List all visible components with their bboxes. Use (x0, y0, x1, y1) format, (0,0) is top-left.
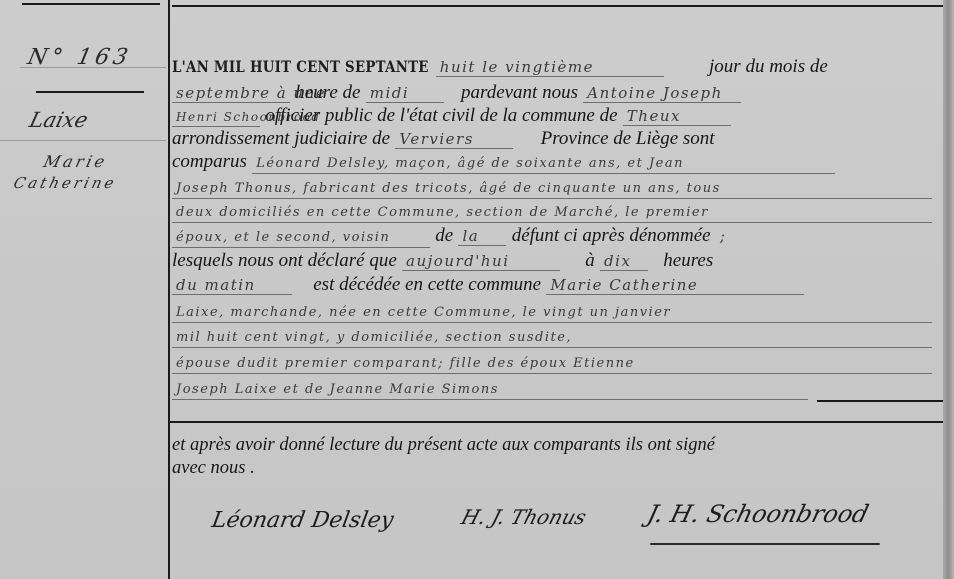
top-rule-margin (22, 3, 160, 5)
hand-declarant-2: Joseph Thonus, fabricant des tricots, âg… (172, 180, 932, 199)
hand-semicolon: ; (716, 227, 731, 245)
printed-day-of-month: jour du mois de (709, 56, 828, 77)
hand-commune: Theux (623, 107, 731, 126)
text-line-2: Henri Schoonbrood officier public de l'é… (172, 106, 731, 127)
hand-morning: du matin (172, 276, 292, 295)
hand-month-hour: septembre à une (172, 84, 290, 103)
text-line-4: comparus Léonard Delsley, maçon, âgé de … (172, 152, 835, 174)
closing-line-2: avec nous . (172, 458, 255, 478)
text-line-7: époux, et le second, voisin de la défunt… (172, 226, 730, 248)
hand-arrondissement: Verviers (395, 130, 513, 149)
top-rule-body (172, 5, 944, 7)
hand-declarant-1: Léonard Delsley, maçon, âgé de soixante … (252, 155, 835, 174)
hand-midday: midi (366, 84, 444, 103)
printed-year-title: L'AN MIL HUIT CENT SEPTANTE (172, 57, 429, 77)
hand-today: aujourd'hui (402, 252, 560, 271)
text-line-11: mil huit cent vingt, y domiciliée, secti… (172, 326, 932, 348)
margin-separator (36, 91, 144, 93)
margin-given-name-1: Marie (42, 152, 110, 171)
hand-officer-surname: Henri Schoonbrood (172, 108, 260, 127)
signature-flourish (650, 543, 880, 545)
hand-officer-firstnames: Antoine Joseph (583, 84, 741, 103)
signature-declarant-2: H. J. Thonus (459, 505, 590, 529)
text-line-5: Joseph Thonus, fabricant des tricots, âg… (172, 177, 932, 199)
text-line-6: deux domiciliés en cette Commune, sectio… (172, 201, 932, 223)
margin-guide-2 (0, 140, 166, 141)
printed-deceased-named: défunt ci après dénommée (512, 225, 711, 246)
printed-at: à (585, 250, 595, 271)
hand-relationship: époux, et le second, voisin (172, 229, 430, 248)
act-number: N° 163 (25, 45, 150, 70)
text-line-12: épouse dudit premier comparant; fille de… (172, 352, 932, 374)
end-filler-rule (817, 400, 944, 402)
printed-of: de (435, 225, 453, 246)
signature-officer: J. H. Schoonbrood (645, 500, 872, 528)
scanned-register-page: N° 163 Laixe Marie Catherine L'AN MIL HU… (0, 0, 954, 579)
margin-surname: Laixe (27, 108, 90, 132)
printed-arrondissement: arrondissement judiciaire de (172, 128, 390, 149)
text-line-13: Joseph Laixe et de Jeanne Marie Simons (172, 378, 808, 400)
signature-declarant-1: Léonard Delsley (210, 508, 396, 533)
hand-birth-domicile: mil huit cent vingt, y domiciliée, secti… (172, 329, 932, 348)
printed-hours: heures (663, 250, 713, 271)
printed-closing-formula: et après avoir donné lecture du présent … (172, 435, 715, 455)
body-bottom-rule (170, 421, 944, 423)
text-line-10: Laixe, marchande, née en cette Commune, … (172, 301, 932, 323)
text-line-8: lesquels nous ont déclaré que aujourd'hu… (172, 251, 713, 271)
hand-deceased-details: Laixe, marchande, née en cette Commune, … (172, 304, 932, 323)
margin-given-name-2: Catherine (12, 174, 119, 192)
hand-parents-2: Joseph Laixe et de Jeanne Marie Simons (172, 381, 808, 400)
column-divider (168, 0, 170, 579)
text-line-9: du matin est décédée en cette commune Ma… (172, 275, 804, 295)
printed-died-in-commune: est décédée en cette commune (313, 274, 541, 295)
hand-ten: dix (600, 252, 648, 271)
printed-province: Province de Liège sont (541, 128, 715, 149)
hand-the: la (458, 227, 506, 246)
page-binding-edge (943, 0, 954, 579)
hand-parents-1: épouse dudit premier comparant; fille de… (172, 355, 932, 374)
header-line: L'AN MIL HUIT CENT SEPTANTE huit le ving… (172, 57, 828, 77)
closing-line-1: et après avoir donné lecture du présent … (172, 435, 715, 455)
printed-appeared: comparus (172, 151, 247, 172)
printed-with-us: avec nous . (172, 458, 255, 478)
printed-officer-title: officier public de l'état civil de la co… (265, 105, 617, 126)
text-line-1: septembre à une heure de midi pardevant … (172, 83, 741, 103)
text-line-3: arrondissement judiciaire de Verviers Pr… (172, 129, 715, 149)
printed-hour-of: heure de (295, 82, 360, 103)
printed-declared-that: lesquels nous ont déclaré que (172, 250, 397, 271)
hand-year-day: huit le vingtième (436, 58, 664, 77)
hand-deceased-given-names: Marie Catherine (546, 276, 804, 295)
hand-domicile: deux domiciliés en cette Commune, sectio… (172, 204, 932, 223)
printed-before-us: pardevant nous (461, 82, 578, 103)
